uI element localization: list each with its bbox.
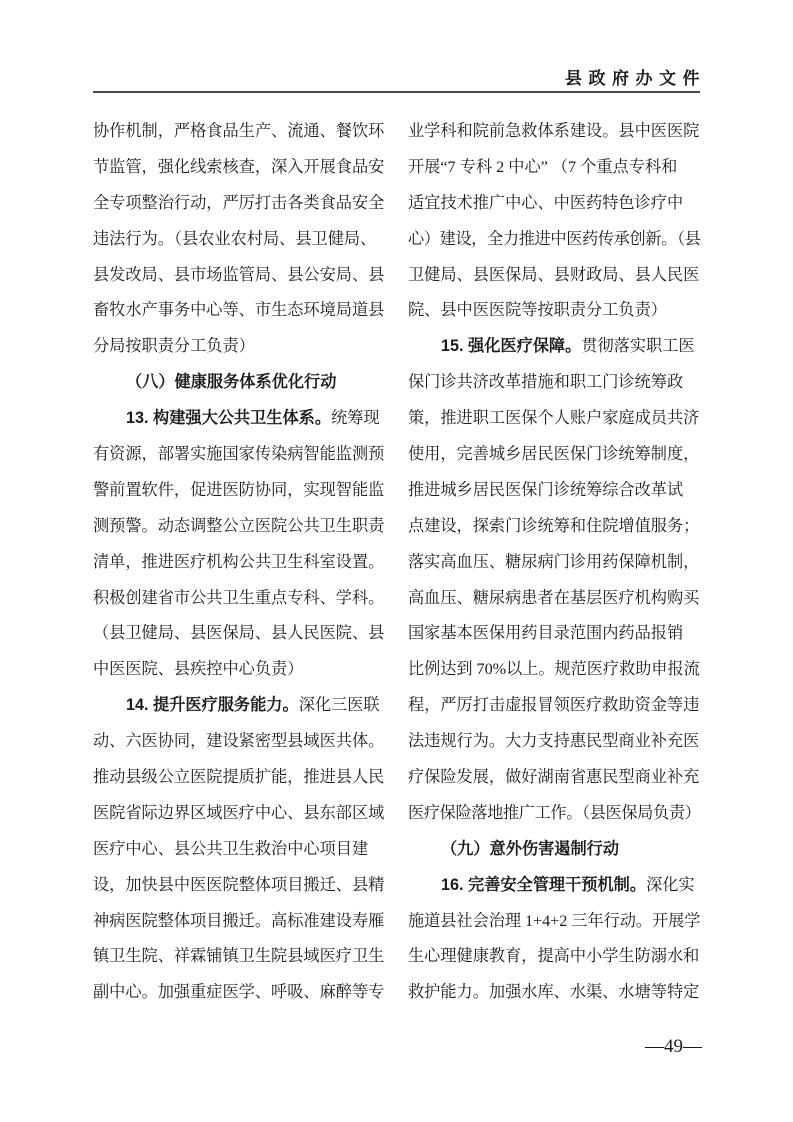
- text-line: 高血压、糖尿病患者在基层医疗机构购买: [408, 581, 700, 617]
- line-text: 医院省际边界区域医疗中心、县东部区域: [93, 804, 384, 822]
- emphasis-text: （八）健康服务体系优化行动: [126, 373, 336, 391]
- text-line: 推进城乡居民医保门诊统筹综合改革试: [408, 473, 700, 509]
- text-line: 警前置软件，促进医防协同，实现智能监: [93, 473, 385, 509]
- text-line: 业学科和院前急救体系建设。县中医医院: [408, 114, 700, 150]
- line-text: 医疗中心、县公共卫生救治中心项目建: [93, 840, 368, 858]
- line-text: 国家基本医保用药目录范围内药品报销: [408, 624, 683, 642]
- text-line: 16. 完善安全管理干预机制。深化实: [408, 868, 700, 904]
- line-text: 协作机制，严格食品生产、流通、餐饮环: [93, 122, 384, 140]
- emphasis-text: 15. 强化医疗保障。: [441, 337, 581, 355]
- text-line: （县卫健局、县医保局、县人民医院、县: [93, 616, 385, 652]
- text-column-left: 协作机制，严格食品生产、流通、餐饮环节监管，强化线索核查，深入开展食品安全专项整…: [93, 114, 385, 1011]
- line-text: 高血压、糖尿病患者在基层医疗机构购买: [408, 589, 699, 607]
- emphasis-text: 13. 构建强大公共卫生体系。: [126, 409, 331, 427]
- line-text: 程，严厉打击虚报冒领医疗救助资金等违: [408, 696, 699, 714]
- line-text: 适宜技术推广中心、中医药特色诊疗中: [408, 194, 683, 212]
- text-line: 13. 构建强大公共卫生体系。统筹现: [93, 401, 385, 437]
- text-line: 比例达到 70%以上。规范医疗救助申报流: [408, 652, 700, 688]
- line-text: （县卫健局、县医保局、县人民医院、县: [93, 624, 384, 642]
- text-line: 镇卫生院、祥霖铺镇卫生院县域医疗卫生: [93, 939, 385, 975]
- line-text: 法违规行为。大力支持惠民型商业补充医: [408, 732, 699, 750]
- text-line: 落实高血压、糖尿病门诊用药保障机制，: [408, 545, 700, 581]
- text-line: 院、县中医医院等按职责分工负责）: [408, 293, 700, 329]
- text-line: 开展“7 专科 2 中心” （7 个重点专科和: [408, 150, 700, 186]
- text-line: 法违规行为。大力支持惠民型商业补充医: [408, 724, 700, 760]
- line-text: 医疗保险落地推广工作。（县医保局负责）: [408, 804, 700, 822]
- line-text: 副中心。加强重症医学、呼吸、麻醉等专: [93, 983, 384, 1001]
- text-line: 15. 强化医疗保障。贯彻落实职工医: [408, 329, 700, 365]
- text-line: 使用，完善城乡居民医保门诊统筹制度，: [408, 437, 700, 473]
- text-line: 程，严厉打击虚报冒领医疗救助资金等违: [408, 688, 700, 724]
- line-text: 策，推进职工医保个人账户家庭成员共济: [408, 409, 699, 427]
- text-line: 设，加快县中医医院整体项目搬迁、县精: [93, 868, 385, 904]
- line-text: 施道县社会治理 1+4+2 三年行动。开展学: [408, 912, 700, 930]
- text-line: 卫健局、县医保局、县财政局、县人民医: [408, 258, 700, 294]
- text-line: 医院省际边界区域医疗中心、县东部区域: [93, 796, 385, 832]
- text-line: 神病医院整体项目搬迁。高标准建设寿雁: [93, 904, 385, 940]
- line-text: 点建设，探索门诊统筹和住院增值服务；: [408, 517, 699, 535]
- text-line: 点建设，探索门诊统筹和住院增值服务；: [408, 509, 700, 545]
- page-number: —49—: [645, 1036, 702, 1058]
- line-text: 推动县级公立医院提质扩能，推进县人民: [93, 768, 384, 786]
- text-line: 医疗中心、县公共卫生救治中心项目建: [93, 832, 385, 868]
- text-line: 畜牧水产事务中心等、市生态环境局道县: [93, 293, 385, 329]
- text-line: 测预警。动态调整公立医院公共卫生职责: [93, 509, 385, 545]
- line-text: 开展“7 专科 2 中心” （7 个重点专科和: [408, 158, 677, 176]
- line-text: 分局按职责分工负责）: [93, 337, 255, 355]
- line-text: 县发改局、县市场监管局、县公安局、县: [93, 266, 384, 284]
- text-line: 违法行为。（县农业农村局、县卫健局、: [93, 222, 385, 258]
- line-text: 心）建设，全力推进中医药传承创新。（县: [408, 230, 700, 248]
- text-line: 节监管，强化线索核查，深入开展食品安: [93, 150, 385, 186]
- line-text: 救护能力。加强水库、水渠、水塘等特定: [408, 983, 699, 1001]
- text-line: 积极创建省市公共卫生重点专科、学科。: [93, 581, 385, 617]
- text-line: 疗保险发展，做好湖南省惠民型商业补充: [408, 760, 700, 796]
- line-text: 测预警。动态调整公立医院公共卫生职责: [93, 517, 384, 535]
- text-line: 分局按职责分工负责）: [93, 329, 385, 365]
- line-text: 贯彻落实职工医: [581, 337, 694, 355]
- line-text: 生心理健康教育，提高中小学生防溺水和: [408, 947, 699, 965]
- line-text: 落实高血压、糖尿病门诊用药保障机制，: [408, 553, 699, 571]
- text-line: 施道县社会治理 1+4+2 三年行动。开展学: [408, 904, 700, 940]
- line-text: 中医医院、县疾控中心负责）: [93, 660, 303, 678]
- line-text: 推进城乡居民医保门诊统筹综合改革试: [408, 481, 683, 499]
- document-body: 协作机制，严格食品生产、流通、餐饮环节监管，强化线索核查，深入开展食品安全专项整…: [93, 114, 700, 1011]
- text-line: （九）意外伤害遏制行动: [408, 832, 700, 868]
- line-text: 节监管，强化线索核查，深入开展食品安: [93, 158, 384, 176]
- line-text: 畜牧水产事务中心等、市生态环境局道县: [93, 301, 384, 319]
- text-column-right: 业学科和院前急救体系建设。县中医医院开展“7 专科 2 中心” （7 个重点专科…: [408, 114, 700, 1011]
- text-line: 县发改局、县市场监管局、县公安局、县: [93, 258, 385, 294]
- line-text: 清单，推进医疗机构公共卫生科室设置。: [93, 553, 384, 571]
- text-line: 协作机制，严格食品生产、流通、餐饮环: [93, 114, 385, 150]
- line-text: 镇卫生院、祥霖铺镇卫生院县域医疗卫生: [93, 947, 384, 965]
- text-line: 策，推进职工医保个人账户家庭成员共济: [408, 401, 700, 437]
- line-text: 比例达到 70%以上。规范医疗救助申报流: [408, 660, 700, 678]
- line-text: 全专项整治行动，严厉打击各类食品安全: [93, 194, 384, 212]
- line-text: 违法行为。（县农业农村局、县卫健局、: [93, 230, 376, 248]
- text-line: 适宜技术推广中心、中医药特色诊疗中: [408, 186, 700, 222]
- text-line: 副中心。加强重症医学、呼吸、麻醉等专: [93, 975, 385, 1011]
- text-line: 保门诊共济改革措施和职工门诊统筹政: [408, 365, 700, 401]
- line-text: 深化三医联: [299, 696, 380, 714]
- line-text: 有资源，部署实施国家传染病智能监测预: [93, 445, 384, 463]
- text-line: 救护能力。加强水库、水渠、水塘等特定: [408, 975, 700, 1011]
- line-text: 神病医院整体项目搬迁。高标准建设寿雁: [93, 912, 384, 930]
- text-line: 全专项整治行动，严厉打击各类食品安全: [93, 186, 385, 222]
- line-text: 保门诊共济改革措施和职工门诊统筹政: [408, 373, 683, 391]
- line-text: 卫健局、县医保局、县财政局、县人民医: [408, 266, 699, 284]
- text-line: 国家基本医保用药目录范围内药品报销: [408, 616, 700, 652]
- text-line: 有资源，部署实施国家传染病智能监测预: [93, 437, 385, 473]
- emphasis-text: 14. 提升医疗服务能力。: [126, 696, 299, 714]
- line-text: 业学科和院前急救体系建设。县中医医院: [408, 122, 699, 140]
- text-line: 14. 提升医疗服务能力。深化三医联: [93, 688, 385, 724]
- line-text: 统筹现: [331, 409, 380, 427]
- text-line: 推动县级公立医院提质扩能，推进县人民: [93, 760, 385, 796]
- text-line: 清单，推进医疗机构公共卫生科室设置。: [93, 545, 385, 581]
- text-line: 中医医院、县疾控中心负责）: [93, 652, 385, 688]
- emphasis-text: 16. 完善安全管理干预机制。: [441, 876, 646, 894]
- text-line: 心）建设，全力推进中医药传承创新。（县: [408, 222, 700, 258]
- emphasis-text: （九）意外伤害遏制行动: [441, 840, 619, 858]
- line-text: 动、六医协同，建设紧密型县域医共体。: [93, 732, 384, 750]
- text-line: 动、六医协同，建设紧密型县域医共体。: [93, 724, 385, 760]
- line-text: 疗保险发展，做好湖南省惠民型商业补充: [408, 768, 699, 786]
- text-line: 医疗保险落地推广工作。（县医保局负责）: [408, 796, 700, 832]
- line-text: 院、县中医医院等按职责分工负责）: [408, 301, 667, 319]
- line-text: 积极创建省市公共卫生重点专科、学科。: [93, 589, 384, 607]
- line-text: 使用，完善城乡居民医保门诊统筹制度，: [408, 445, 699, 463]
- line-text: 设，加快县中医医院整体项目搬迁、县精: [93, 876, 384, 894]
- line-text: 深化实: [646, 876, 695, 894]
- header-title: 县政府办文件: [565, 64, 706, 89]
- text-line: （八）健康服务体系优化行动: [93, 365, 385, 401]
- text-line: 生心理健康教育，提高中小学生防溺水和: [408, 939, 700, 975]
- header-rule: [93, 91, 700, 93]
- line-text: 警前置软件，促进医防协同，实现智能监: [93, 481, 384, 499]
- page: 县政府办文件 协作机制，严格食品生产、流通、餐饮环节监管，强化线索核查，深入开展…: [0, 0, 793, 1122]
